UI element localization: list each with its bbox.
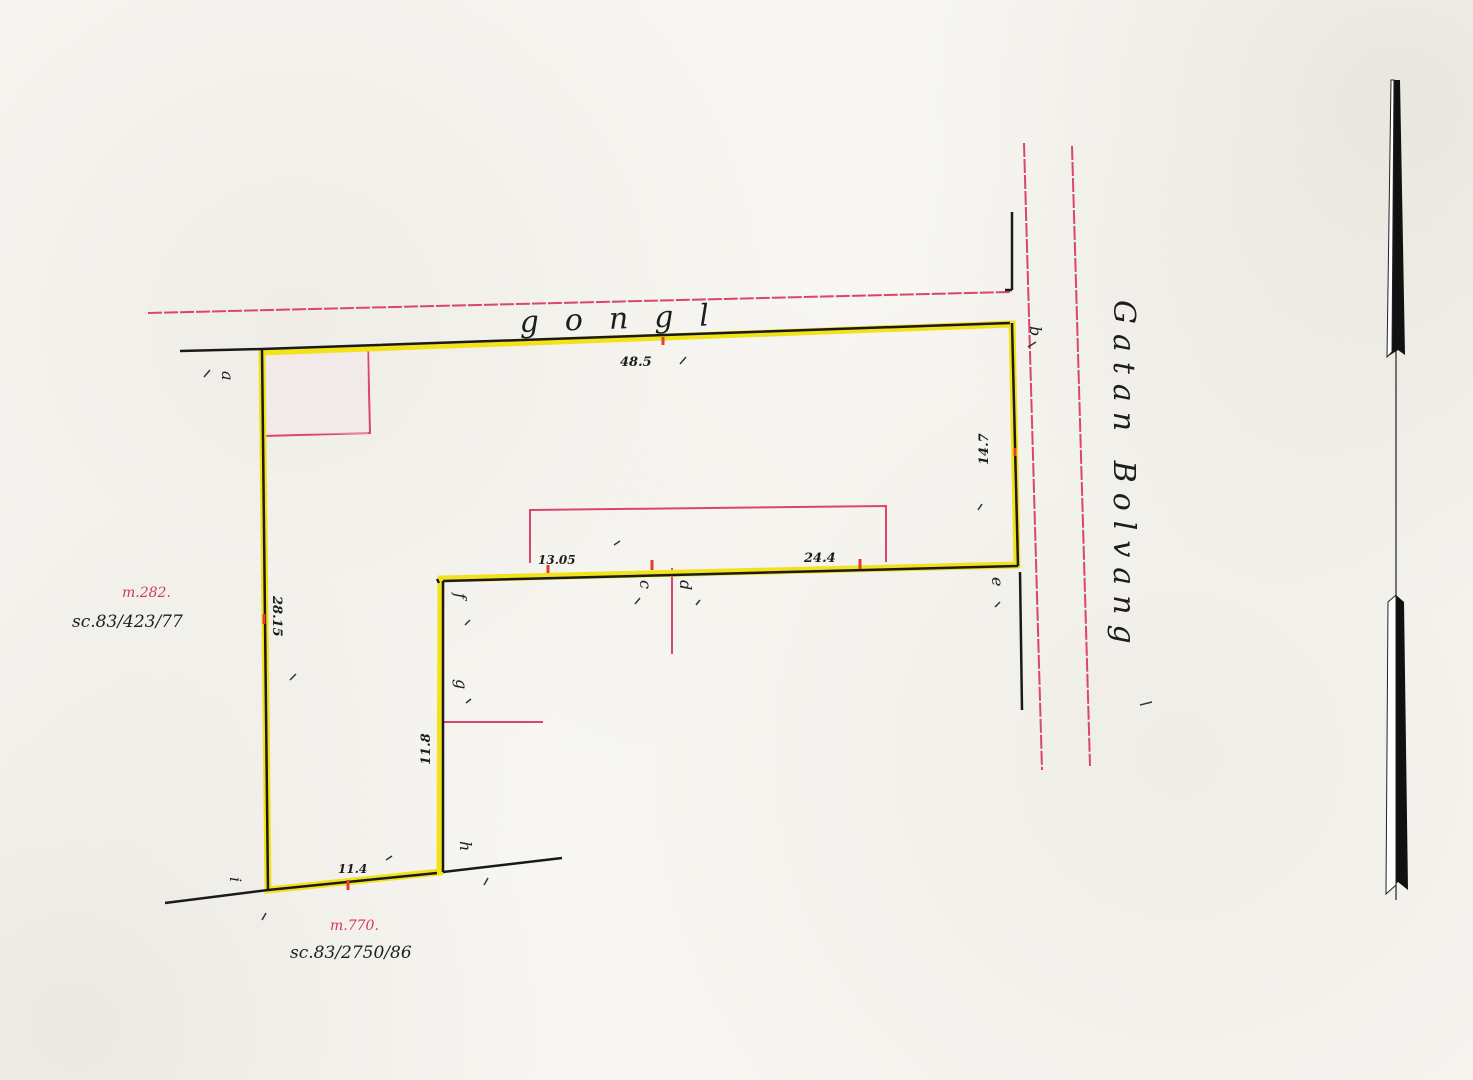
neighbor-south-ref: m.770. <box>330 918 379 934</box>
parcel-highlight <box>262 324 1017 890</box>
neighbor-west-ref: m.282. <box>122 585 171 601</box>
dimension-left: 28.15 <box>269 595 284 637</box>
dimension-inner-vertical: 11.8 <box>419 733 434 765</box>
survey-map-sheet: gongl Gatan Bolvang a b c d e f g h i 48… <box>0 0 1473 1080</box>
point-label-i: i <box>226 877 245 882</box>
street-lines-red <box>148 143 1090 770</box>
point-label-d: d <box>676 580 695 590</box>
point-label-h: h <box>456 841 475 851</box>
dimension-middle-left: 13.05 <box>538 553 576 567</box>
neighbor-south-record: sc.83/2750/86 <box>290 943 412 963</box>
dimension-middle-right: 24.4 <box>803 551 836 566</box>
point-label-c: c <box>636 580 655 589</box>
point-label-f: f <box>451 592 470 602</box>
point-label-e: e <box>988 577 1007 586</box>
neighbor-west-record: sc.83/423/77 <box>72 612 183 632</box>
point-label-a: a <box>218 371 237 381</box>
dimension-right: 14.7 <box>977 433 992 465</box>
shaded-building <box>266 352 368 434</box>
north-arrow-icon <box>1386 80 1408 900</box>
point-label-b: b <box>1026 326 1045 336</box>
survey-map-drawing: gongl Gatan Bolvang a b c d e f g h i 48… <box>0 0 1473 1080</box>
dimension-top: 48.5 <box>620 355 652 370</box>
point-label-g: g <box>452 679 471 689</box>
dimension-bottom: 11.4 <box>338 862 367 876</box>
measurement-ticks <box>264 337 1015 890</box>
street-label-right: Gatan Bolvang <box>1106 300 1141 654</box>
